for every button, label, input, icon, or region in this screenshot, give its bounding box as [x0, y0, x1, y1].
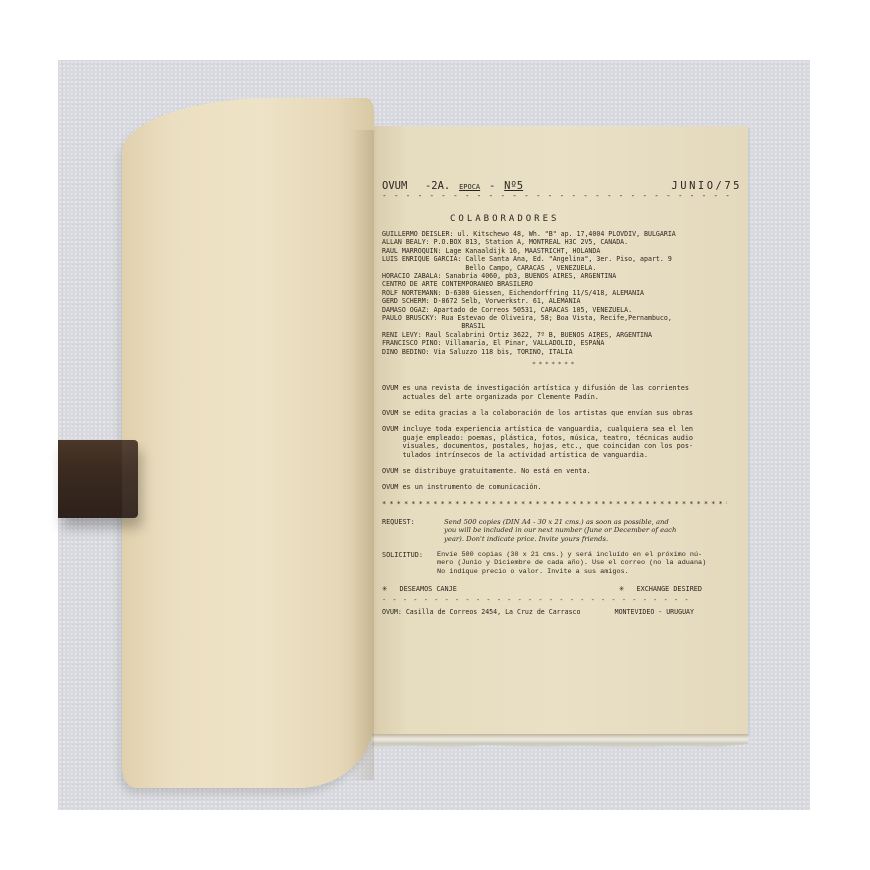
footer-city: MONTEVIDEO - URUGUAY	[615, 608, 694, 616]
collaborator-entry: BRASIL	[382, 322, 742, 330]
collaborator-entry: GUILLERMO DEISLER: ul. Kitschewo 48, Wh.…	[382, 230, 742, 238]
collaborator-entry: DINO BEDINO: Via Saluzzo 118 bis, TORINO…	[382, 348, 742, 356]
solicitud-label: SOLICITUD:	[382, 551, 437, 576]
issue-separator: -	[489, 180, 495, 192]
typewritten-document: OVUM -2A. EPOCA - Nº5 JUNIO/75 - - - - -…	[382, 180, 742, 616]
paragraph-scope: OVUM incluye toda experiencia artística …	[382, 425, 742, 459]
collaborator-entry: GERD SCHERM: D-8672 Selb, Vorwerkstr. 61…	[382, 297, 742, 305]
star-divider: ****************************************…	[382, 500, 727, 508]
issue-number: Nº5	[504, 180, 523, 192]
collaborator-entry: Bello Campo, CARACAS , VENEZUELA.	[382, 264, 742, 272]
collaborator-entry: FRANCISCO PINO: Villamaría, El Pinar, VA…	[382, 339, 742, 347]
exchange-english: EXCHANGE DESIRED	[637, 585, 702, 593]
collaborator-entry: DAMASO OGAZ: Apartado de Correos 50531, …	[382, 306, 742, 314]
paragraph-description: OVUM es una revista de investigación art…	[382, 384, 742, 401]
request-label: REQUEST:	[382, 518, 444, 543]
curled-left-page[interactable]	[122, 98, 374, 788]
paragraph-purpose: OVUM es un instrumento de comunicación.	[382, 483, 742, 491]
request-block: REQUEST: Send 500 copies (DIN A4 - 30 x …	[382, 518, 742, 543]
collaborator-entry: CENTRO DE ARTE CONTEMPORANEO BRASILERO	[382, 280, 742, 288]
collaborator-entry: PAULO BRUSCKY: Rua Estevao de Oliveira, …	[382, 314, 742, 322]
epoch-number: -2A.	[425, 180, 450, 192]
footer-divider: - - - - - - - - - - - - - - - - - - - - …	[382, 596, 694, 604]
footer: OVUM: Casilla de Correos 2454, La Cruz d…	[382, 608, 694, 616]
exchange-spanish: DESEAMOS CANJE	[400, 585, 457, 593]
exchange-line: ✳ DESEAMOS CANJE ✳ EXCHANGE DESIRED	[382, 584, 742, 594]
section-separator: *******	[532, 360, 742, 368]
paragraph-distribution: OVUM se distribuye gratuitamente. No est…	[382, 467, 742, 475]
collaborators-heading: COLABORADORES	[450, 214, 742, 224]
collaborators-list: GUILLERMO DEISLER: ul. Kitschewo 48, Wh.…	[382, 230, 742, 356]
stacked-page-edges	[372, 734, 748, 748]
collaborator-entry: HORACIO ZABALA: Sanabria 4060, pb3, BUEN…	[382, 272, 742, 280]
request-text: Send 500 copies (DIN A4 - 30 x 21 cms.) …	[444, 518, 676, 543]
issue-date: JUNIO/75	[671, 180, 742, 192]
solicitud-text: Envíe 500 copias (30 x 21 cms.) y será i…	[437, 551, 706, 576]
wooden-weight	[58, 440, 138, 518]
star-icon: ✳	[619, 584, 624, 594]
masthead: OVUM -2A. EPOCA - Nº5 JUNIO/75	[382, 180, 742, 192]
page-curl-shadow	[350, 130, 374, 780]
collaborator-entry: ALLAN BEALY: P.O.BOX 813, Station A, MON…	[382, 238, 742, 246]
epoch-label: EPOCA	[459, 183, 480, 191]
collaborator-entry: RAUL MARROQUIN: Lage Kanaaldijk 16, MAAS…	[382, 247, 742, 255]
publication-title: OVUM	[382, 180, 407, 192]
paragraph-funding: OVUM se edita gracias a la colaboración …	[382, 409, 742, 417]
star-icon: ✳	[382, 584, 387, 594]
collaborator-entry: LUIS ENRIQUE GARCIA: Calle Santa Ana, Ed…	[382, 255, 742, 263]
footer-address: OVUM: Casilla de Correos 2454, La Cruz d…	[382, 608, 581, 616]
solicitud-block: SOLICITUD: Envíe 500 copias (30 x 21 cms…	[382, 551, 742, 576]
header-underline: - - - - - - - - - - - - - - - - - - - - …	[382, 192, 732, 200]
collaborator-entry: ROLF NORTEMANN: D-6300 Giessen, Eichendo…	[382, 289, 742, 297]
